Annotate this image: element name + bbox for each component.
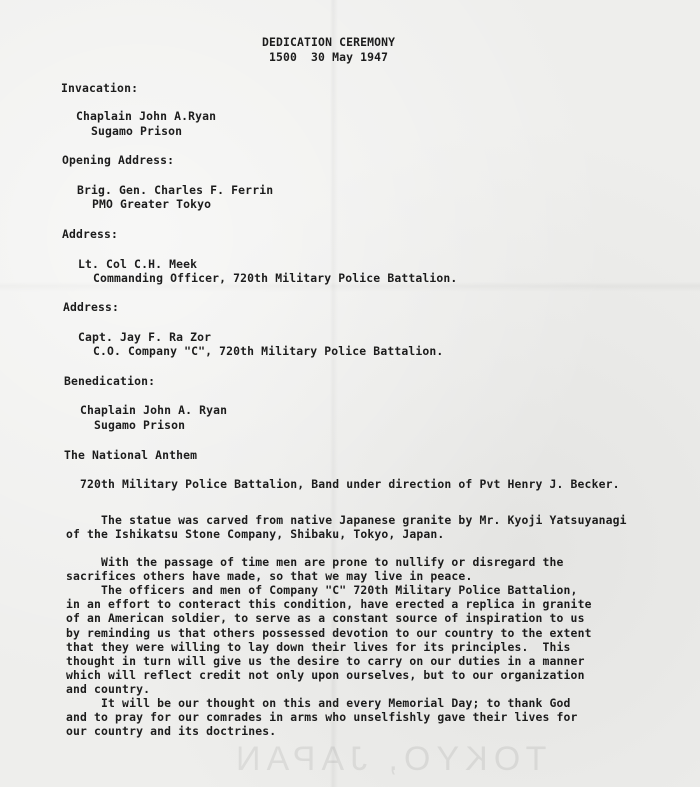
closing-paragraph-line: in an effort to conteract this condition… (66, 599, 592, 610)
address-2-speaker: Capt. Jay F. Ra Zor (78, 332, 211, 343)
closing-paragraph-line: by reminding us that others possessed de… (66, 628, 592, 639)
document-title: DEDICATION CEREMONY (262, 37, 395, 48)
invocation-speaker: Chaplain John A.Ryan (76, 111, 216, 122)
closing-paragraph-line: sacrifices others have made, so that we … (66, 571, 472, 582)
address-1-speaker-title: Commanding Officer, 720th Military Polic… (93, 273, 457, 284)
address-1-speaker: Lt. Col C.H. Meek (78, 259, 197, 270)
closing-paragraph-line: our country and its doctrines. (66, 726, 276, 737)
closing-paragraph-line: that they were willing to lay down their… (66, 642, 571, 653)
statue-paragraph-line: The statue was carved from native Japane… (66, 515, 627, 526)
section-heading-benediction: Benedication: (64, 376, 155, 387)
section-heading-address-2: Address: (63, 302, 119, 313)
closing-paragraph-line: It will be our thought on this and every… (66, 698, 571, 709)
benediction-speaker: Chaplain John A. Ryan (80, 405, 227, 416)
closing-paragraph-line: and to pray for our comrades in arms who… (66, 712, 578, 723)
section-heading-opening-address: Opening Address: (62, 155, 174, 166)
invocation-speaker-affiliation: Sugamo Prison (91, 126, 182, 137)
closing-paragraph-line: thought in turn will give us the desire … (66, 656, 585, 667)
closing-paragraph-line: With the passage of time men are prone t… (66, 557, 564, 568)
section-heading-address-1: Address: (62, 229, 118, 240)
bleed-through-text: TOKYO, JAPAN (230, 740, 546, 779)
closing-paragraph-line: which will reflect credit not only upon … (66, 670, 585, 681)
closing-paragraph-line: of an American soldier, to serve as a co… (66, 613, 585, 624)
opening-address-speaker: Brig. Gen. Charles F. Ferrin (77, 185, 273, 196)
address-2-speaker-title: C.O. Company "C", 720th Military Police … (93, 346, 443, 357)
national-anthem-performer: 720th Military Police Battalion, Band un… (80, 479, 620, 490)
closing-paragraph-line: The officers and men of Company "C" 720t… (66, 585, 578, 596)
statue-paragraph-line: of the Ishikatsu Stone Company, Shibaku,… (66, 529, 444, 540)
closing-paragraph-line: and country. (66, 684, 150, 695)
opening-address-speaker-title: PMO Greater Tokyo (92, 199, 211, 210)
section-heading-national-anthem: The National Anthem (64, 450, 197, 461)
document-date: 1500 30 May 1947 (269, 52, 388, 63)
section-heading-invocation: Invacation: (61, 83, 138, 94)
benediction-speaker-affiliation: Sugamo Prison (94, 420, 185, 431)
